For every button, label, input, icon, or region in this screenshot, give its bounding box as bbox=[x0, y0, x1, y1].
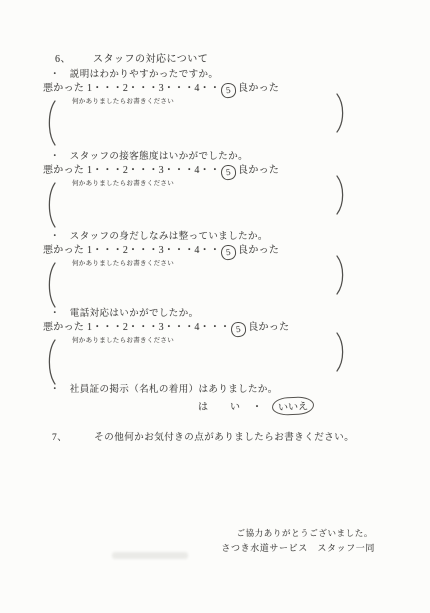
selected-no-circle: いいえ bbox=[272, 396, 315, 416]
section-6-number: 6、 bbox=[55, 50, 71, 65]
question-text: ・ スタッフの接客態度はいかがでしたか。 bbox=[50, 148, 248, 162]
comment-bracket-left-icon bbox=[44, 261, 58, 309]
scale-dots: 1・・・2・・・3・・・4・・・ bbox=[87, 322, 230, 333]
footer-thanks: ご協力ありがとうございました。 bbox=[236, 527, 373, 539]
scale-dots: 1・・・2・・・3・・・4・・ bbox=[87, 83, 220, 94]
comment-bracket-left-icon bbox=[44, 99, 58, 147]
question-text: ・ 電話対応はいかがでしたか。 bbox=[50, 305, 199, 319]
question-block-appearance: ・ スタッフの身だしなみは整っていましたか。 悪かった 1・・・2・・・3・・・… bbox=[0, 228, 430, 310]
question-block-explanation: ・ 説明はわかりやすかったですか。 悪かった 1・・・2・・・3・・・4・・5良… bbox=[0, 66, 430, 148]
footer-signature: さつき水道サービス スタッフ一同 bbox=[221, 541, 375, 554]
section-7-title: その他何かお気付きの点がありましたらお書きください。 bbox=[94, 433, 354, 443]
comment-bracket-right-icon bbox=[334, 92, 348, 134]
question-text: ・ スタッフの身だしなみは整っていましたか。 bbox=[50, 228, 268, 242]
comment-bracket-right-icon bbox=[334, 174, 348, 216]
selected-rating-circle: 5 bbox=[220, 244, 237, 261]
selected-rating-circle: 5 bbox=[230, 321, 247, 338]
scan-bleedthrough-smudge bbox=[112, 552, 188, 559]
selected-rating-circle: 5 bbox=[220, 164, 237, 181]
section-7-heading: 7、その他何かお気付きの点がありましたらお書きください。 bbox=[52, 429, 354, 443]
section-7-number: 7、 bbox=[52, 429, 67, 443]
section-6-title: スタッフの対応について bbox=[93, 54, 208, 65]
question-text: ・ 説明はわかりやすかったですか。 bbox=[50, 66, 218, 80]
comment-bracket-right-icon bbox=[334, 254, 348, 296]
scale-dots: 1・・・2・・・3・・・4・・ bbox=[87, 245, 220, 256]
survey-page: 6、スタッフの対応について ・ 説明はわかりやすかったですか。 悪かった 1・・… bbox=[0, 0, 430, 613]
comment-bracket-left-icon bbox=[44, 181, 58, 229]
scale-high-label: 良かった bbox=[238, 245, 279, 256]
comment-prompt: 何かありましたらお書きください bbox=[72, 96, 174, 105]
question-text: ・ 社員証の掲示（名札の着用）はありましたか。 bbox=[50, 381, 278, 395]
yes-option: は い bbox=[198, 402, 246, 413]
section-6-heading: 6、スタッフの対応について bbox=[55, 50, 208, 65]
scale-high-label: 良かった bbox=[238, 165, 279, 176]
question-block-attitude: ・ スタッフの接客態度はいかがでしたか。 悪かった 1・・・2・・・3・・・4・… bbox=[0, 148, 430, 230]
selected-rating-circle: 5 bbox=[220, 82, 237, 99]
scale-dots: 1・・・2・・・3・・・4・・ bbox=[87, 165, 220, 176]
scale-low-label: 悪かった bbox=[43, 245, 84, 256]
scale-high-label: 良かった bbox=[238, 83, 279, 94]
comment-prompt: 何かありましたらお書きください bbox=[72, 258, 174, 267]
scale-low-label: 悪かった bbox=[43, 322, 84, 333]
separator-dot: ・ bbox=[252, 402, 262, 413]
comment-bracket-left-icon bbox=[44, 338, 58, 386]
yesno-answers: は い・いいえ bbox=[198, 397, 314, 415]
question-block-id-badge: ・ 社員証の掲示（名札の着用）はありましたか。 は い・いいえ bbox=[0, 381, 430, 415]
scale-low-label: 悪かった bbox=[43, 83, 84, 94]
comment-prompt: 何かありましたらお書きください bbox=[72, 178, 174, 187]
comment-prompt: 何かありましたらお書きください bbox=[72, 335, 174, 344]
question-block-phone: ・ 電話対応はいかがでしたか。 悪かった 1・・・2・・・3・・・4・・・5良か… bbox=[0, 305, 430, 387]
comment-bracket-right-icon bbox=[334, 331, 348, 373]
scale-high-label: 良かった bbox=[248, 322, 289, 333]
scale-low-label: 悪かった bbox=[43, 165, 84, 176]
